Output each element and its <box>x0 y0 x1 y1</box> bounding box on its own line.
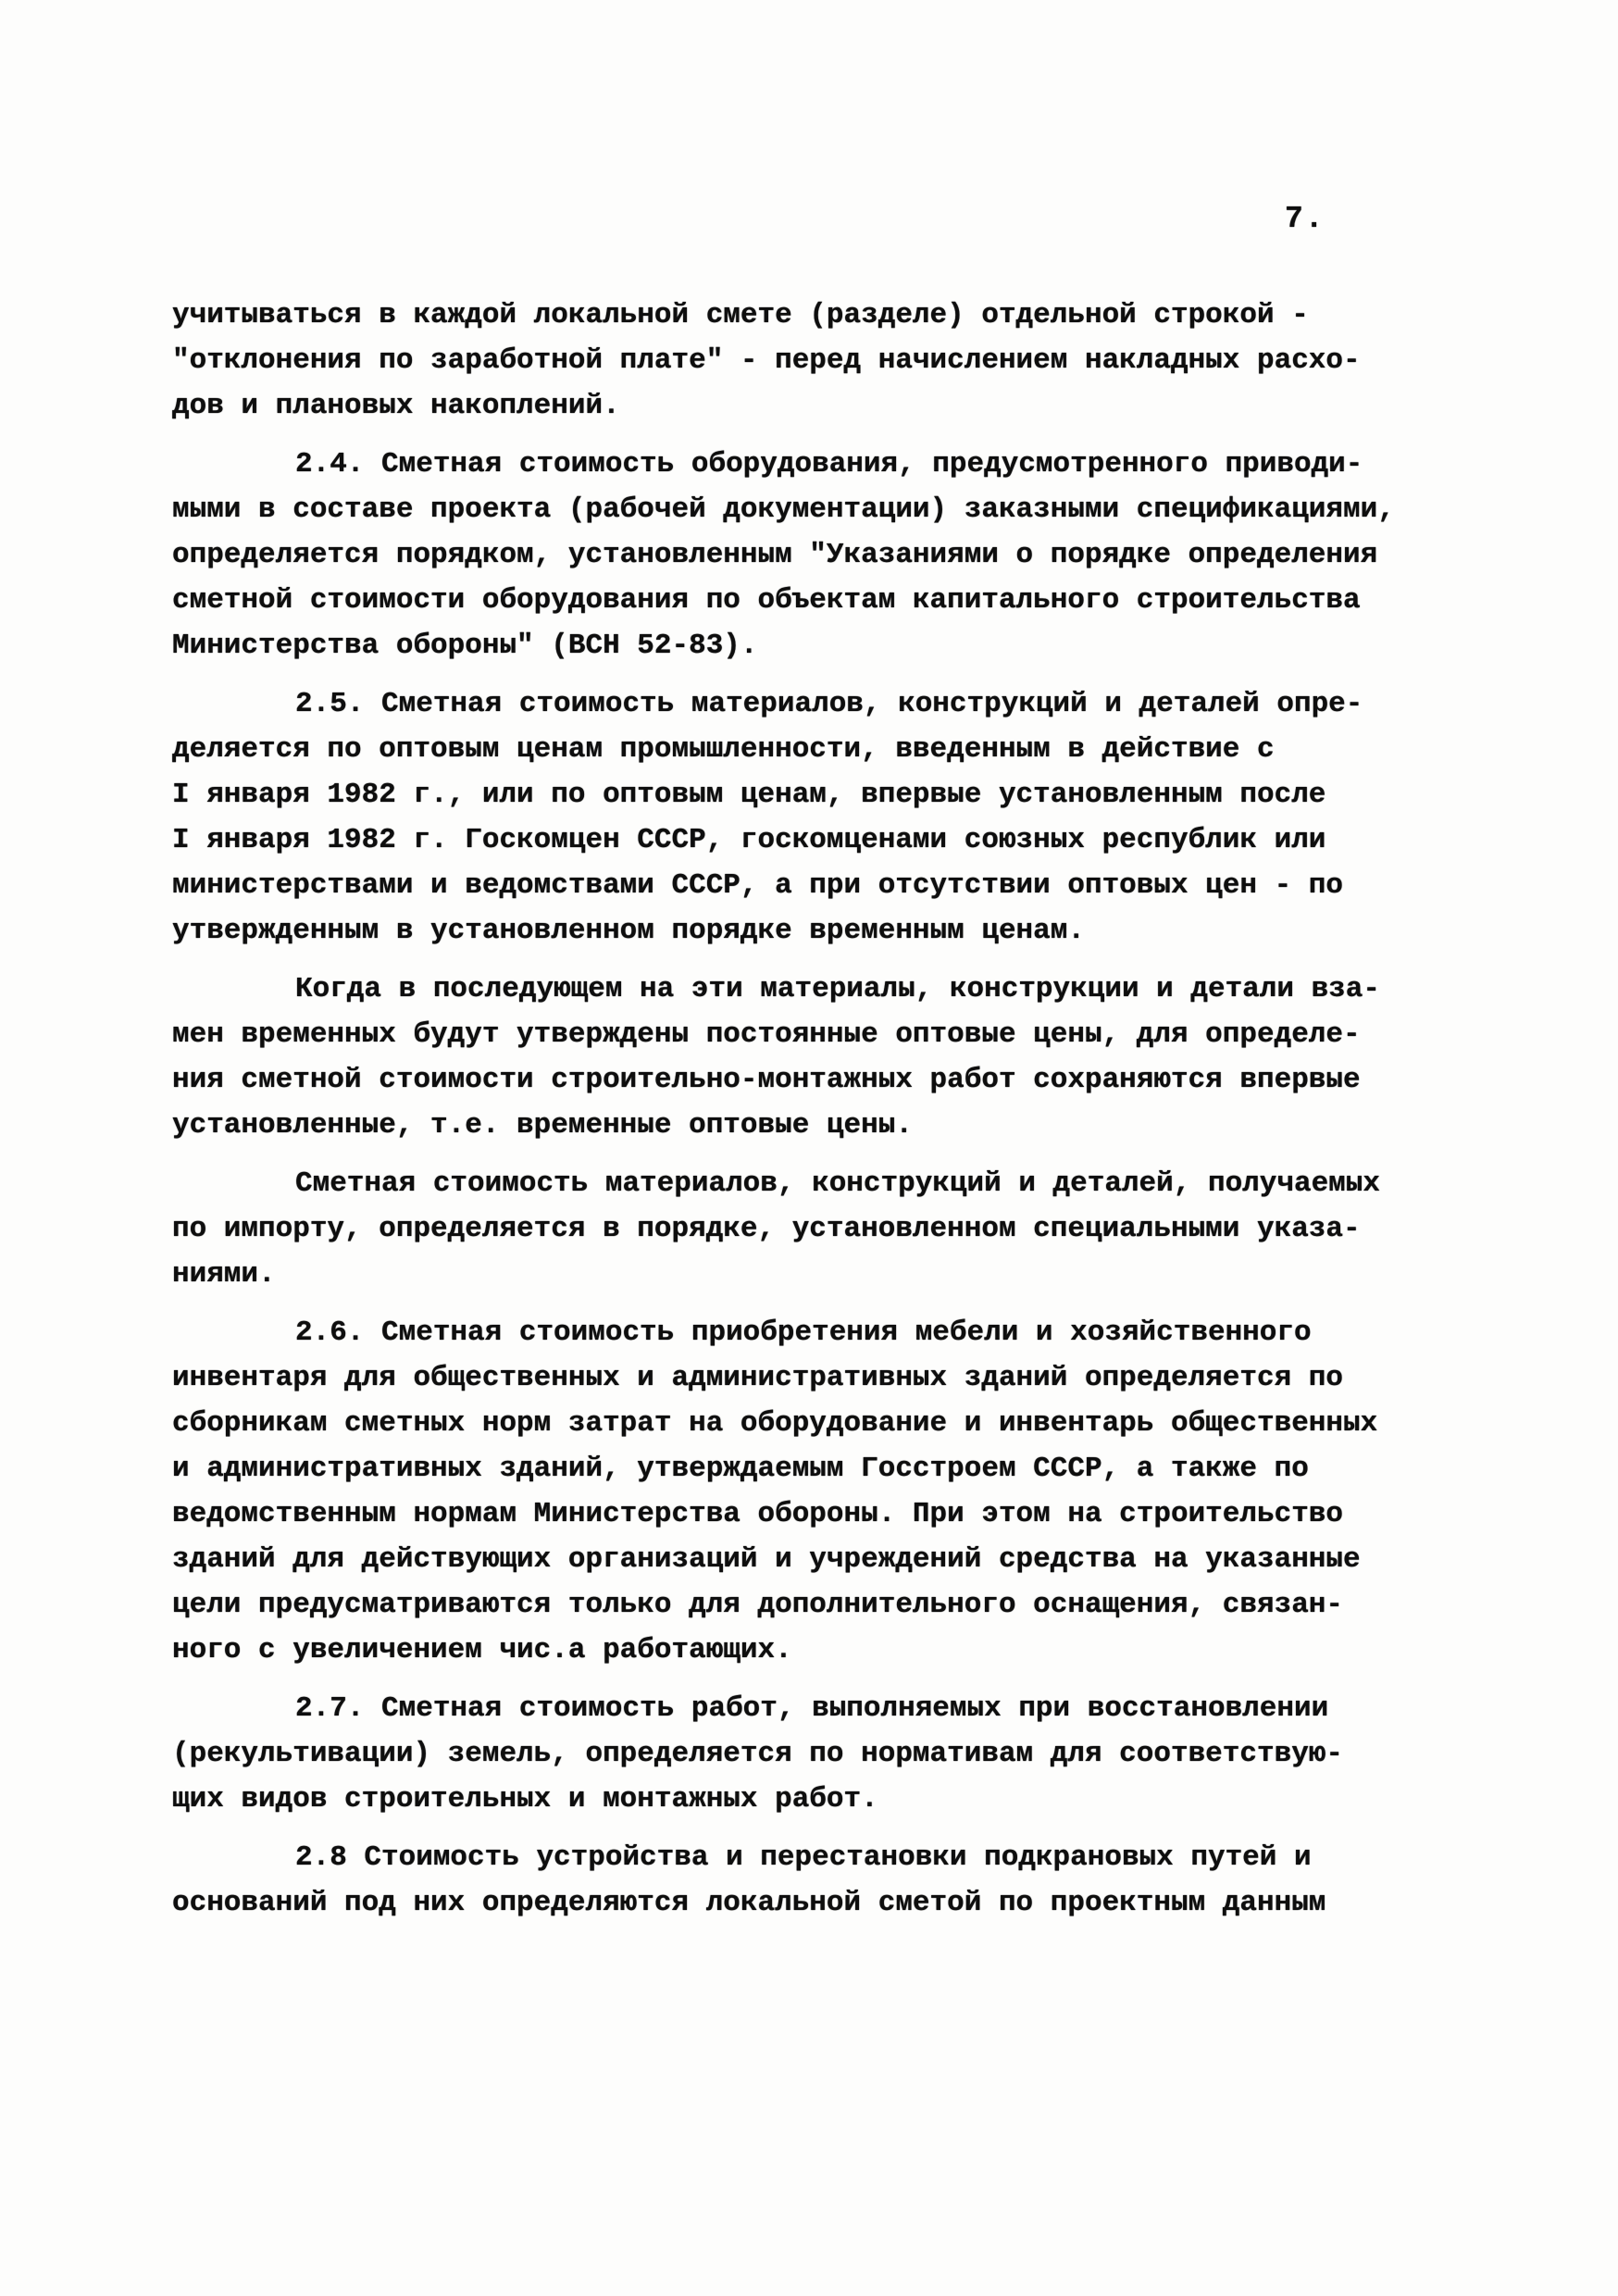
document-page: 7. учитываться в каждой локальной смете … <box>0 0 1618 2296</box>
text-line: ния сметной стоимости строительно-монтаж… <box>172 1057 1413 1103</box>
text-line: Сметная стоимость материалов, конструкци… <box>172 1161 1413 1206</box>
text-line: министерствами и ведомствами СССР, а при… <box>172 863 1413 908</box>
text-line: ведомственным нормам Министерства оборон… <box>172 1491 1413 1537</box>
text-line: ниями. <box>172 1252 1413 1297</box>
text-line: I января 1982 г., или по оптовым ценам, … <box>172 772 1413 817</box>
text-line: установленные, т.е. временные оптовые це… <box>172 1103 1413 1148</box>
paragraph: 2.4. Сметная стоимость оборудования, пре… <box>172 442 1413 668</box>
document-text: учитываться в каждой локальной смете (ра… <box>172 293 1413 1939</box>
paragraph: Сметная стоимость материалов, конструкци… <box>172 1161 1413 1297</box>
text-line: 2.7. Сметная стоимость работ, выполняемы… <box>172 1686 1413 1731</box>
text-line: утвержденным в установленном порядке вре… <box>172 908 1413 954</box>
text-line: 2.5. Сметная стоимость материалов, конст… <box>172 681 1413 727</box>
text-line: деляется по оптовым ценам промышленности… <box>172 727 1413 772</box>
text-line: мыми в составе проекта (рабочей документ… <box>172 487 1413 532</box>
paragraph: 2.8 Стоимость устройства и перестановки … <box>172 1835 1413 1926</box>
text-line: сборникам сметных норм затрат на оборудо… <box>172 1401 1413 1446</box>
text-line: дов и плановых накоплений. <box>172 383 1413 429</box>
text-line: Когда в последующем на эти материалы, ко… <box>172 967 1413 1012</box>
text-line: зданий для действующих организаций и учр… <box>172 1537 1413 1582</box>
paragraph: Когда в последующем на эти материалы, ко… <box>172 967 1413 1148</box>
text-line: по импорту, определяется в порядке, уста… <box>172 1206 1413 1252</box>
text-line: "отклонения по заработной плате" - перед… <box>172 338 1413 383</box>
text-line: щих видов строительных и монтажных работ… <box>172 1777 1413 1822</box>
text-line: и административных зданий, утверждаемым … <box>172 1446 1413 1491</box>
text-line: оснований под них определяются локальной… <box>172 1880 1413 1926</box>
text-line: ного с увеличением чис.а работающих. <box>172 1628 1413 1673</box>
paragraph: 2.5. Сметная стоимость материалов, конст… <box>172 681 1413 954</box>
text-line: учитываться в каждой локальной смете (ра… <box>172 293 1413 338</box>
text-line: Министерства обороны" (ВСН 52-83). <box>172 623 1413 668</box>
paragraph: учитываться в каждой локальной смете (ра… <box>172 293 1413 429</box>
text-line: 2.6. Сметная стоимость приобретения мебе… <box>172 1310 1413 1355</box>
page-number: 7. <box>1285 202 1326 236</box>
text-line: 2.8 Стоимость устройства и перестановки … <box>172 1835 1413 1880</box>
text-line: определяется порядком, установленным "Ук… <box>172 532 1413 578</box>
text-line: I января 1982 г. Госкомцен СССР, госкомц… <box>172 817 1413 863</box>
text-line: сметной стоимости оборудования по объект… <box>172 578 1413 623</box>
text-line: (рекультивации) земель, определяется по … <box>172 1731 1413 1777</box>
text-line: мен временных будут утверждены постоянны… <box>172 1012 1413 1057</box>
text-line: 2.4. Сметная стоимость оборудования, пре… <box>172 442 1413 487</box>
text-line: инвентаря для общественных и администрат… <box>172 1355 1413 1401</box>
paragraph: 2.6. Сметная стоимость приобретения мебе… <box>172 1310 1413 1673</box>
paragraph: 2.7. Сметная стоимость работ, выполняемы… <box>172 1686 1413 1822</box>
text-line: цели предусматриваются только для дополн… <box>172 1582 1413 1628</box>
